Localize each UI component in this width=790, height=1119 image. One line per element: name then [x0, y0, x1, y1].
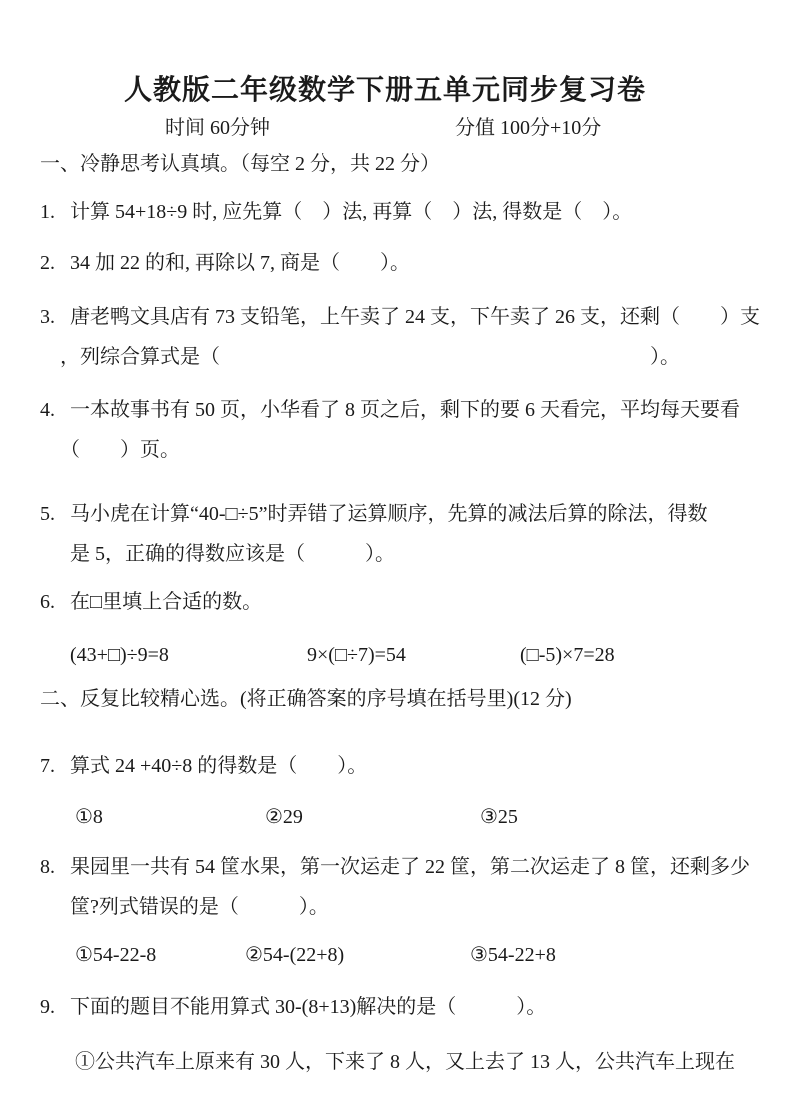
question-3-line2: ，列综合算式是（ ）。: [60, 337, 680, 377]
time-label: 时间 60分钟: [165, 117, 270, 139]
question-5-line1: 马小虎在计算“40-□÷5”时弄错了运算顺序，先算的减法后算的除法，得数: [70, 494, 730, 534]
worksheet-page: 人教版二年级数学下册五单元同步复习卷 时间 60分钟分值 100分+10分 一、…: [0, 0, 790, 1119]
question-9-option-1: ①公共汽车上原来有 30 人，下来了 8 人，又上去了 13 人，公共汽车上现在: [70, 1042, 730, 1082]
question-9-number: 9.: [40, 987, 55, 1027]
page-title: 人教版二年级数学下册五单元同步复习卷: [40, 75, 730, 105]
question-3-line2-start: ，列综合算式是（: [60, 337, 220, 377]
option-item: ③54-22+8: [470, 944, 556, 966]
question-7-number: 7.: [40, 746, 55, 786]
question-2: 2. 34 加 22 的和, 再除以 7, 商是（ ）。: [40, 243, 730, 283]
option-item: ①54-22-8: [75, 935, 245, 975]
section-1-heading: 一、冷静思考认真填。（每空 2 分，共 22 分）: [40, 149, 730, 179]
question-3-line1: 唐老鸭文具店有 73 支铅笔，上午卖了 24 支，下午卖了 26 支，还剩（ ）…: [70, 297, 730, 337]
option-item: ③25: [480, 806, 518, 828]
question-2-number: 2.: [40, 243, 55, 283]
question-7-text: 算式 24 +40÷8 的得数是（ ）。: [70, 746, 730, 786]
fill-blank-equation: (□-5)×7=28: [520, 644, 615, 666]
fill-blank-equation: 9×(□÷7)=54: [307, 635, 520, 675]
question-6: 6. 在□里填上合适的数。 (43+□)÷9=89×(□÷7)=54(□-5)×…: [40, 582, 730, 675]
question-3-line2-end: ）。: [650, 337, 680, 377]
question-6-equations: (43+□)÷9=89×(□÷7)=54(□-5)×7=28: [70, 635, 730, 675]
option-item: ①8: [75, 797, 265, 837]
question-6-text: 在□里填上合适的数。: [70, 582, 730, 622]
question-7: 7. 算式 24 +40÷8 的得数是（ ）。 ①8②29③25: [40, 746, 730, 837]
question-7-options: ①8②29③25: [70, 797, 730, 837]
question-9-text: 下面的题目不能用算式 30-(8+13)解决的是（ ）。: [70, 987, 730, 1027]
question-5-line2: 是 5，正确的得数应该是（ ）。: [70, 534, 730, 574]
question-4-line1: 一本故事书有 50 页，小华看了 8 页之后，剩下的要 6 天看完，平均每天要看: [70, 390, 730, 430]
question-1-text: 计算 54+18÷9 时, 应先算（ ）法, 再算（ ）法, 得数是（ ）。: [70, 192, 730, 232]
question-3: 3. 唐老鸭文具店有 73 支铅笔，上午卖了 24 支，下午卖了 26 支，还剩…: [40, 297, 730, 377]
question-4-line2: （ ）页。: [60, 430, 730, 470]
exam-meta-row: 时间 60分钟分值 100分+10分: [40, 113, 730, 143]
option-item: ②29: [265, 797, 480, 837]
question-3-number: 3.: [40, 297, 55, 337]
question-8: 8. 果园里一共有 54 筐水果，第一次运走了 22 筐，第二次运走了 8 筐，…: [40, 847, 730, 975]
question-9: 9. 下面的题目不能用算式 30-(8+13)解决的是（ ）。 ①公共汽车上原来…: [40, 987, 730, 1082]
question-1-number: 1.: [40, 192, 55, 232]
question-4-number: 4.: [40, 390, 55, 430]
question-5-number: 5.: [40, 494, 55, 534]
option-item: ②54-(22+8): [245, 935, 470, 975]
question-8-number: 8.: [40, 847, 55, 887]
question-6-number: 6.: [40, 582, 55, 622]
question-1: 1. 计算 54+18÷9 时, 应先算（ ）法, 再算（ ）法, 得数是（ ）…: [40, 192, 730, 232]
question-8-line1: 果园里一共有 54 筐水果，第一次运走了 22 筐，第二次运走了 8 筐，还剩多…: [70, 847, 730, 887]
question-4: 4. 一本故事书有 50 页，小华看了 8 页之后，剩下的要 6 天看完，平均每…: [40, 390, 730, 470]
question-8-line2: 筐?列式错误的是（ ）。: [70, 887, 730, 927]
score-label: 分值 100分+10分: [455, 117, 601, 139]
question-2-text: 34 加 22 的和, 再除以 7, 商是（ ）。: [70, 243, 730, 283]
fill-blank-equation: (43+□)÷9=8: [70, 635, 307, 675]
question-8-options: ①54-22-8②54-(22+8)③54-22+8: [70, 935, 730, 975]
section-2-heading: 二、反复比较精心选。(将正确答案的序号填在括号里)(12 分): [40, 684, 730, 714]
question-5: 5. 马小虎在计算“40-□÷5”时弄错了运算顺序，先算的减法后算的除法，得数 …: [40, 494, 730, 574]
